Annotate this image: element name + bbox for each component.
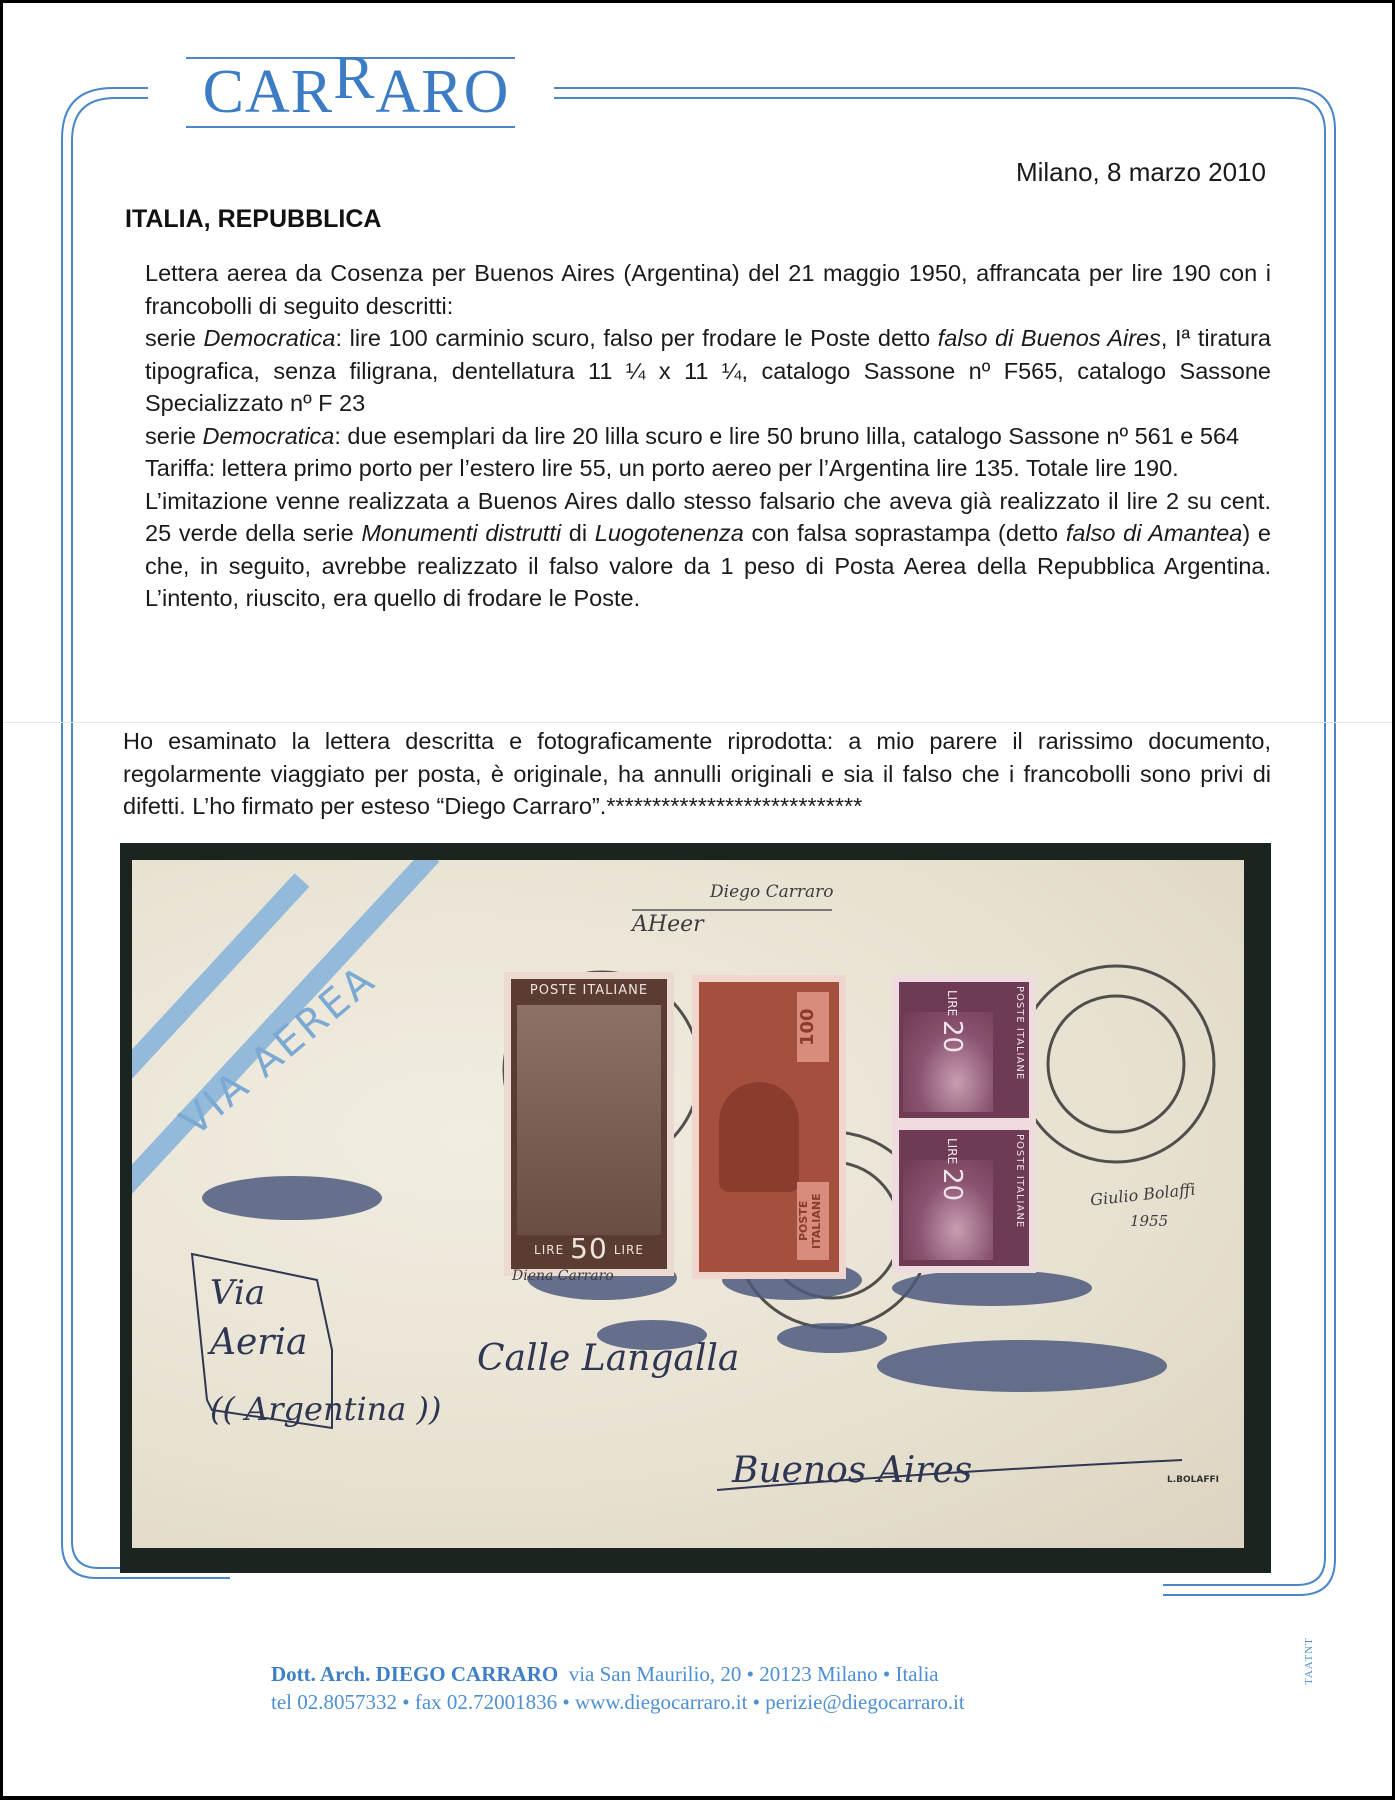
carraro-logo: CARRARO <box>186 55 526 135</box>
paper-fold-line <box>3 722 1392 723</box>
stamp-20-lire-upper: LIRE 20 POSTE ITALIANE <box>892 975 1036 1125</box>
handwritten-city: Buenos Aires <box>732 1450 972 1491</box>
certification-statement: Ho esaminato la lettera descritta e foto… <box>123 725 1271 823</box>
signature-below-stamp: Diena Carraro <box>512 1268 614 1284</box>
document-heading: ITALIA, REPUBBLICA <box>125 205 381 234</box>
cover-photo: VIA AEREA POSTE ITALIANE LIRE50LIRE 100 … <box>120 843 1271 1573</box>
footer-contacts: Dott. Arch. DIEGO CARRARO via San Mauril… <box>271 1660 965 1716</box>
certification-text: Ho esaminato la lettera descritta e foto… <box>123 725 1271 823</box>
handwritten-country: (( Argentina )) <box>210 1390 442 1428</box>
printer-mark: L.BOLAFFI <box>1167 1475 1219 1485</box>
envelope: VIA AEREA POSTE ITALIANE LIRE50LIRE 100 … <box>132 860 1244 1548</box>
footer-line-1: Dott. Arch. DIEGO CARRARO via San Mauril… <box>271 1660 965 1688</box>
handwritten-street: Calle Langalla <box>477 1338 739 1379</box>
logo-text-part: CAR <box>203 58 333 126</box>
stamp-100-lire-forgery: 100 POSTE ITALIANE <box>692 975 846 1279</box>
signature-ink-top: AHeer <box>632 912 704 937</box>
description-history: L’imitazione venne realizzata a Buenos A… <box>145 485 1271 615</box>
place-date: Milano, 8 marzo 2010 <box>1016 157 1266 188</box>
description-intro: Lettera aerea da Cosenza per Buenos Aire… <box>145 257 1271 322</box>
description-tariff: Tariffa: lettera primo porto per l’ester… <box>145 452 1271 485</box>
envelope-markings <box>132 860 1244 1548</box>
description-body: Lettera aerea da Cosenza per Buenos Aire… <box>145 257 1271 615</box>
handwritten-aeria: Aeria <box>210 1322 308 1363</box>
logo-raised-letter: R <box>333 44 375 112</box>
footer-address: via San Maurilio, 20 • 20123 Milano • It… <box>569 1662 939 1686</box>
footer-name: Dott. Arch. DIEGO CARRARO <box>271 1662 558 1686</box>
stamp-50-lire: POSTE ITALIANE LIRE50LIRE <box>504 972 674 1276</box>
description-stamps-20-50: serie Democratica: due esemplari da lire… <box>145 420 1271 453</box>
signature-carraro-pencil: Diego Carraro <box>710 882 834 902</box>
description-stamp-100: serie Democratica: lire 100 carminio scu… <box>145 322 1271 420</box>
handwritten-via: Via <box>210 1273 265 1313</box>
certificate-page: CARRARO Milano, 8 marzo 2010 ITALIA, REP… <box>3 3 1392 1796</box>
footer-line-2: tel 02.8057332 • fax 02.72001836 • www.d… <box>271 1688 965 1716</box>
stamp-figure <box>719 1082 799 1192</box>
logo-text-part: ARO <box>375 58 509 126</box>
signature-year: 1955 <box>1130 1212 1168 1230</box>
side-code: TAATNT <box>1303 1637 1315 1685</box>
stamp-20-lire-lower: LIRE 20 POSTE ITALIANE <box>892 1123 1036 1273</box>
stamp-image <box>517 1005 661 1235</box>
